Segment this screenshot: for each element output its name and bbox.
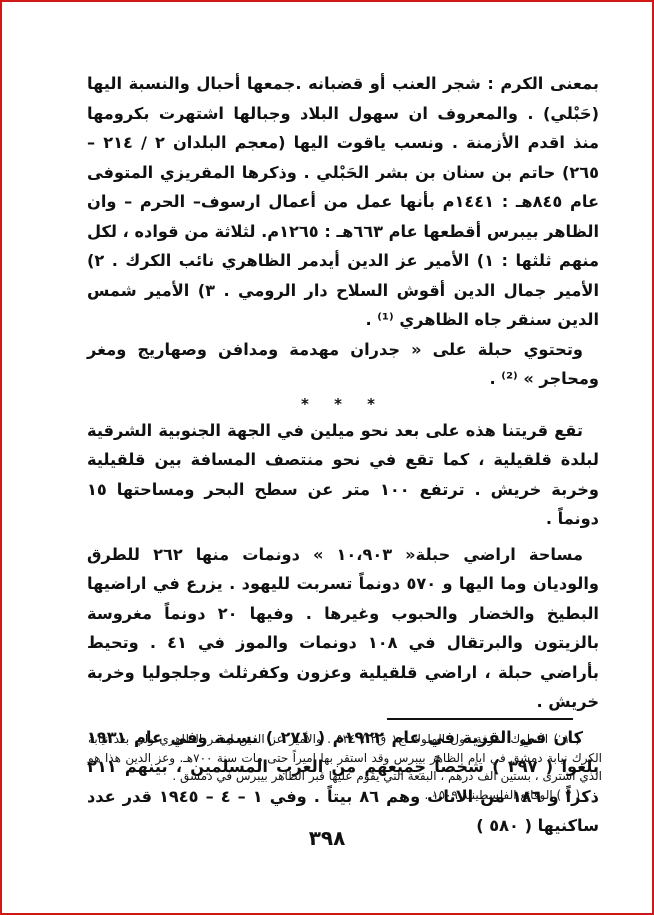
section-separator: * * *	[87, 394, 599, 414]
footnote-2: ( ٢ ) الوقائع الفلسطينية ١٥٠٩ .	[88, 786, 602, 805]
footnotes: ( ١ ) السلوك لمرفة دول الملوك ج١ ق٢ / ٥٣…	[88, 730, 602, 804]
paragraph-karm-etymology: بمعنى الكرم : شجر العنب أو قضبانه .جمعها…	[87, 69, 599, 335]
paragraph-land-area: مساحة اراضي حبلة« ١٠،٩٠٣ » دونمات منها ٢…	[87, 540, 599, 717]
page-number: ٣٩٨	[2, 826, 652, 850]
paragraph-location: تقع قريتنا هذه على بعد نحو ميلين في الجه…	[87, 416, 599, 534]
footnote-1: ( ١ ) السلوك لمرفة دول الملوك ج١ ق٢ / ٥٣…	[88, 730, 602, 786]
page-body: بمعنى الكرم : شجر العنب أو قضبانه .جمعها…	[87, 69, 599, 841]
footnote-divider	[387, 718, 573, 720]
page-frame: بمعنى الكرم : شجر العنب أو قضبانه .جمعها…	[0, 0, 654, 915]
paragraph-ruins: وتحتوي حبلة على « جدران مهدمة ومدافن وصه…	[87, 335, 599, 394]
